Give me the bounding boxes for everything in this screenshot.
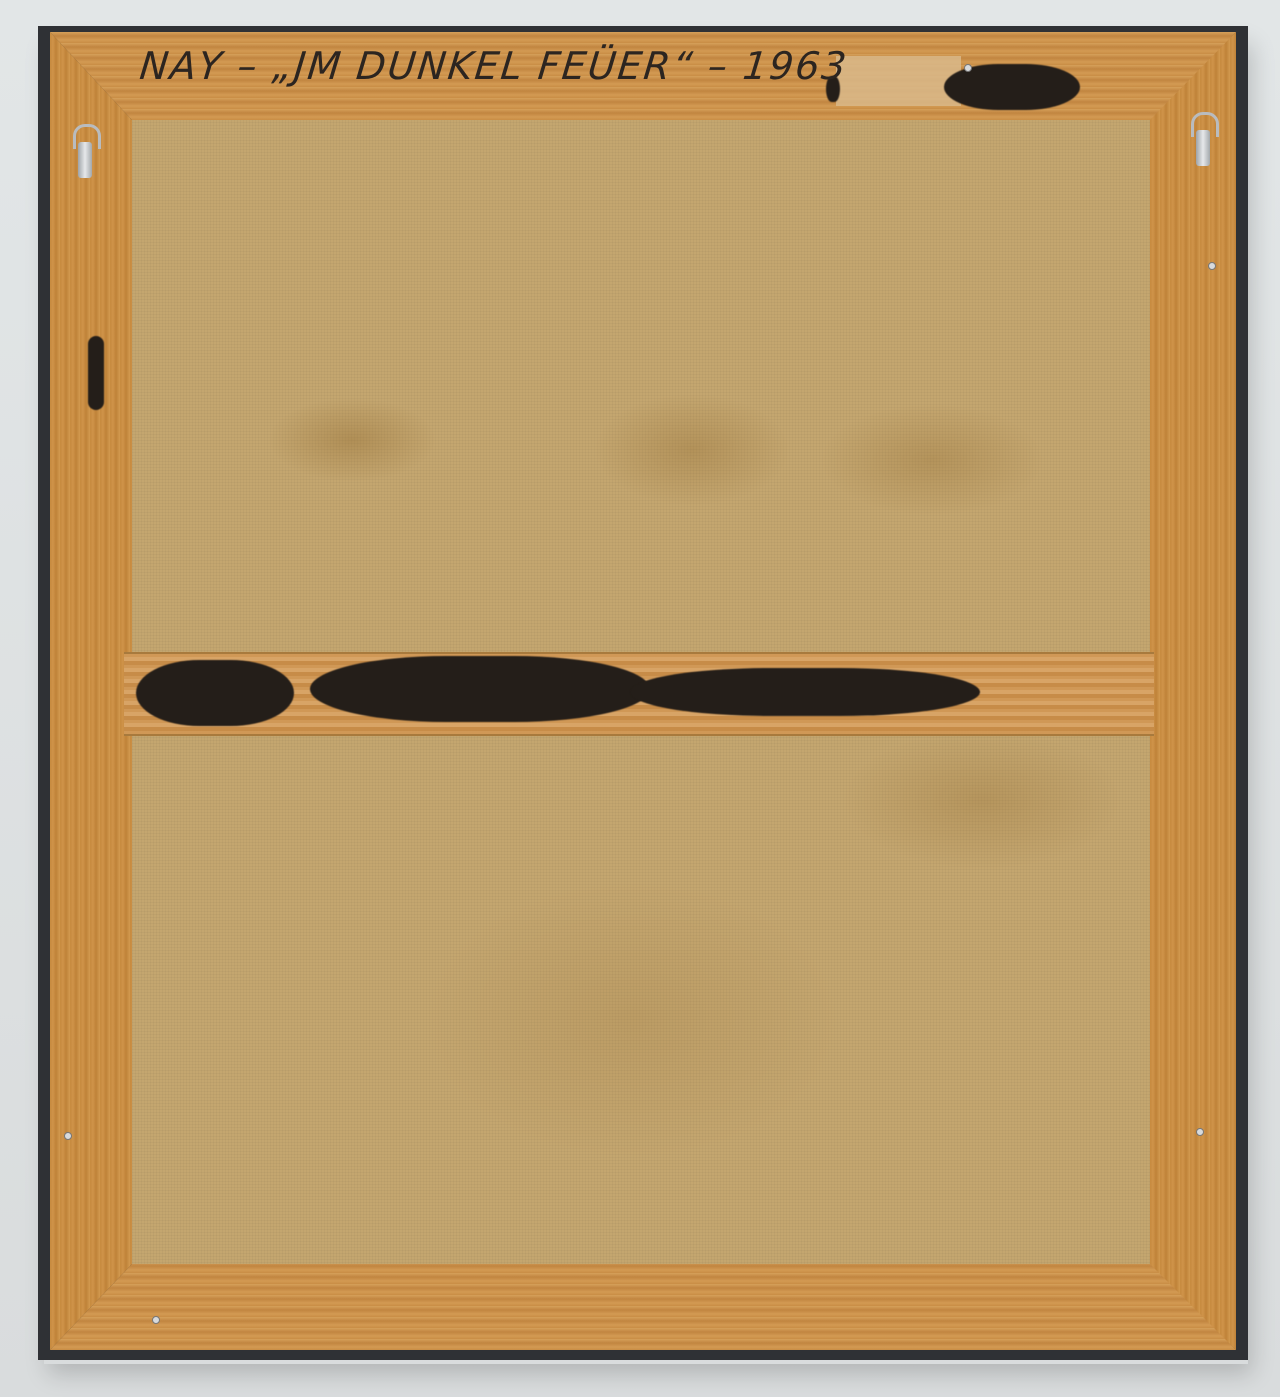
screw-right-lower: [1196, 1128, 1204, 1136]
paint-mark-crossbar-3: [630, 668, 980, 716]
d-ring-hanger-right: [1190, 112, 1216, 168]
screw-bottom-left: [152, 1316, 160, 1324]
screw-left-lower: [64, 1132, 72, 1140]
screw-top: [964, 64, 972, 72]
stretcher-left-bar: [50, 32, 132, 1350]
paint-mark-crossbar-2: [310, 656, 650, 722]
torn-label-remnant: [836, 56, 961, 106]
paint-drip-left: [88, 336, 104, 410]
d-ring-hanger-left: [72, 124, 98, 180]
artist-inscription: NAY – „JM DUNKEL FEÜER“ – 1963: [138, 44, 850, 88]
screw-right-upper: [1208, 262, 1216, 270]
stretcher-bottom-bar: [50, 1264, 1236, 1350]
paint-mark-crossbar-1: [136, 660, 294, 726]
photo-background: NAY – „JM DUNKEL FEÜER“ – 1963: [0, 0, 1280, 1397]
stretcher-right-bar: [1150, 32, 1236, 1350]
